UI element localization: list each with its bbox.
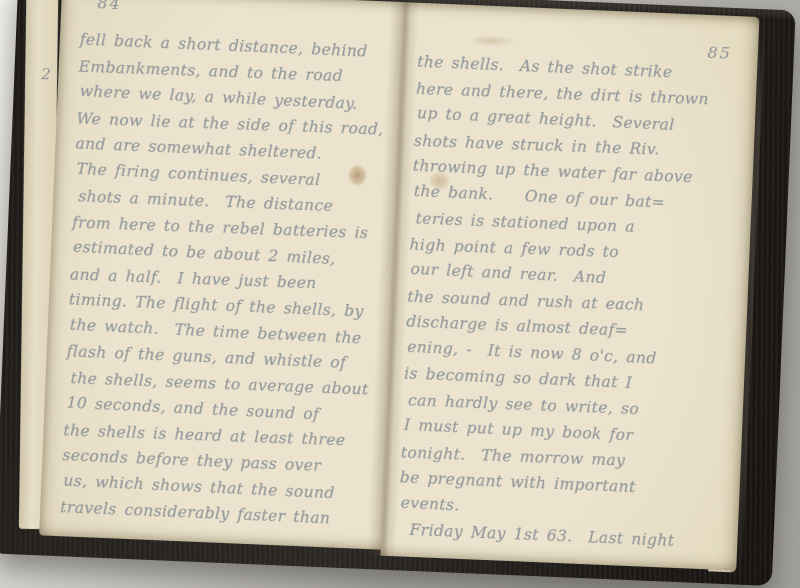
photo-backdrop: 2 84 fell back a short distance, behind … [0,0,800,588]
edge-page-number: 2 [41,67,51,82]
left-page-text: fell back a short distance, behind Emban… [40,0,404,534]
right-page-text: the shells. As the shot strike here and … [381,2,759,556]
left-page: 84 fell back a short distance, behind Em… [39,0,404,550]
diary-book: 2 84 fell back a short distance, behind … [0,0,796,586]
right-page: 85 the shells. As the shot strike here a… [381,2,760,570]
